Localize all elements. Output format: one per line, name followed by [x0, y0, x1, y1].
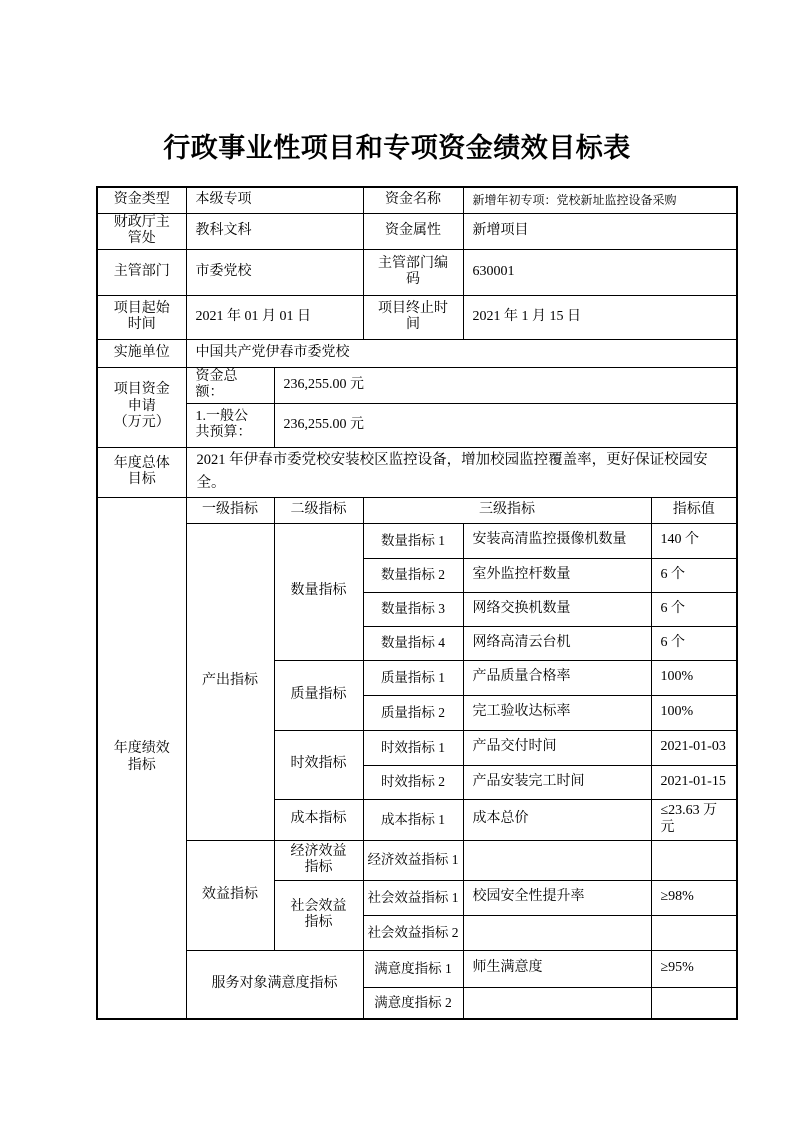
indicator-value-cell: 6 个 [651, 626, 737, 660]
indicator-code-cell: 质量指标 1 [363, 660, 463, 695]
dept-code-label: 主管部门编码 [363, 249, 463, 295]
indicator-code-cell: 成本指标 1 [363, 799, 463, 840]
level2-header: 二级指标 [274, 497, 363, 523]
indicator-value-cell [651, 987, 737, 1019]
indicator-desc-cell: 师生满意度 [463, 950, 651, 987]
indicator-desc-cell: 网络交换机数量 [463, 592, 651, 626]
indicator-header-row: 年度绩效指标 一级指标 二级指标 三级指标 指标值 [97, 497, 737, 523]
level1-benefit-cell: 效益指标 [186, 840, 274, 950]
start-date-value: 2021 年 01 月 01 日 [186, 295, 363, 339]
level1-header: 一级指标 [186, 497, 274, 523]
table-row: 项目起始时间 2021 年 01 月 01 日 项目终止时间 2021 年 1 … [97, 295, 737, 339]
indicator-value-cell: 2021-01-03 [651, 730, 737, 765]
level3-header: 三级指标 [363, 497, 651, 523]
table-row: 资金类型 本级专项 资金名称 新增年初专项：党校新址监控设备采购 [97, 187, 737, 213]
indicator-value-cell: 100% [651, 660, 737, 695]
indicator-code-cell: 时效指标 1 [363, 730, 463, 765]
finance-dept-label: 财政厅主管处 [97, 213, 186, 249]
indicator-value-cell: 100% [651, 695, 737, 730]
table-row: 实施单位 中国共产党伊春市委党校 [97, 339, 737, 367]
indicator-value-header: 指标值 [651, 497, 737, 523]
performance-section-label: 年度绩效指标 [97, 497, 186, 1019]
funding-budget-value: 236,255.00 元 [274, 403, 737, 447]
performance-target-table: 资金类型 本级专项 资金名称 新增年初专项：党校新址监控设备采购 财政厅主管处 … [96, 186, 738, 1020]
fund-attribute-value: 新增项目 [463, 213, 737, 249]
indicator-code-cell: 社会效益指标 1 [363, 880, 463, 915]
indicator-row: 产出指标 数量指标 数量指标 1 安装高清监控摄像机数量 140 个 [97, 523, 737, 558]
indicator-desc-cell: 产品交付时间 [463, 730, 651, 765]
table-row: 1.一般公 共预算： 236,255.00 元 [97, 403, 737, 447]
indicator-desc-cell: 校园安全性提升率 [463, 880, 651, 915]
end-date-value: 2021 年 1 月 15 日 [463, 295, 737, 339]
indicator-desc-cell: 室外监控杆数量 [463, 558, 651, 592]
indicator-value-cell: ≤23.63 万元 [651, 799, 737, 840]
level2-cost-cell: 成本指标 [274, 799, 363, 840]
level1-satisfaction-cell: 服务对象满意度指标 [186, 950, 363, 1019]
table-row: 项目资金申请 （万元） 资金总额： 236,255.00 元 [97, 367, 737, 403]
indicator-desc-cell [463, 987, 651, 1019]
funding-request-label: 项目资金申请 （万元） [97, 367, 186, 447]
indicator-code-cell: 质量指标 2 [363, 695, 463, 730]
indicator-value-cell [651, 915, 737, 950]
dept-code-value: 630001 [463, 249, 737, 295]
indicator-code-cell: 社会效益指标 2 [363, 915, 463, 950]
indicator-value-cell: ≥98% [651, 880, 737, 915]
indicator-row: 效益指标 经济效益指标 经济效益指标 1 [97, 840, 737, 880]
level1-output-cell: 产出指标 [186, 523, 274, 840]
indicator-code-cell: 时效指标 2 [363, 765, 463, 799]
indicator-code-cell: 数量指标 2 [363, 558, 463, 592]
annual-goal-label: 年度总体目标 [97, 447, 186, 497]
fund-type-label: 资金类型 [97, 187, 186, 213]
indicator-value-cell: 6 个 [651, 592, 737, 626]
fund-name-value: 新增年初专项：党校新址监控设备采购 [463, 187, 737, 213]
indicator-row: 服务对象满意度指标 满意度指标 1 师生满意度 ≥95% [97, 950, 737, 987]
supervising-dept-label: 主管部门 [97, 249, 186, 295]
indicator-code-cell: 数量指标 3 [363, 592, 463, 626]
indicator-code-cell: 满意度指标 1 [363, 950, 463, 987]
level2-quality-cell: 质量指标 [274, 660, 363, 730]
table-row: 主管部门 市委党校 主管部门编码 630001 [97, 249, 737, 295]
indicator-code-cell: 经济效益指标 1 [363, 840, 463, 880]
indicator-code-cell: 数量指标 1 [363, 523, 463, 558]
table-row: 年度总体目标 2021 年伊春市委党校安装校区监控设备，增加校园监控覆盖率，更好… [97, 447, 737, 497]
indicator-value-cell: 140 个 [651, 523, 737, 558]
fund-attribute-label: 资金属性 [363, 213, 463, 249]
end-date-label: 项目终止时间 [363, 295, 463, 339]
fund-type-value: 本级专项 [186, 187, 363, 213]
indicator-value-cell: 6 个 [651, 558, 737, 592]
indicator-desc-cell: 完工验收达标率 [463, 695, 651, 730]
finance-dept-value: 教科文科 [186, 213, 363, 249]
document-title: 行政事业性项目和专项资金绩效目标表 [77, 126, 717, 165]
indicator-code-cell: 满意度指标 2 [363, 987, 463, 1019]
level2-economic-cell: 经济效益指标 [274, 840, 363, 880]
start-date-label: 项目起始时间 [97, 295, 186, 339]
indicator-value-cell [651, 840, 737, 880]
indicator-value-cell: ≥95% [651, 950, 737, 987]
supervising-dept-value: 市委党校 [186, 249, 363, 295]
funding-total-value: 236,255.00 元 [274, 367, 737, 403]
indicator-desc-cell: 成本总价 [463, 799, 651, 840]
indicator-desc-cell: 产品安装完工时间 [463, 765, 651, 799]
implementing-unit-label: 实施单位 [97, 339, 186, 367]
indicator-desc-cell: 网络高清云台机 [463, 626, 651, 660]
indicator-desc-cell [463, 840, 651, 880]
document-page: 行政事业性项目和专项资金绩效目标表 资金类型 本级专项 资金名称 新增年初专项：… [0, 0, 793, 1122]
indicator-desc-cell [463, 915, 651, 950]
fund-name-label: 资金名称 [363, 187, 463, 213]
funding-total-label: 资金总额： [186, 367, 274, 403]
indicator-desc-cell: 安装高清监控摄像机数量 [463, 523, 651, 558]
funding-budget-label: 1.一般公 共预算： [186, 403, 274, 447]
level2-quantity-cell: 数量指标 [274, 523, 363, 660]
table-row: 财政厅主管处 教科文科 资金属性 新增项目 [97, 213, 737, 249]
indicator-desc-cell: 产品质量合格率 [463, 660, 651, 695]
annual-goal-value: 2021 年伊春市委党校安装校区监控设备，增加校园监控覆盖率，更好保证校园安全。 [186, 447, 737, 497]
indicator-code-cell: 数量指标 4 [363, 626, 463, 660]
implementing-unit-value: 中国共产党伊春市委党校 [186, 339, 737, 367]
level2-social-cell: 社会效益指标 [274, 880, 363, 950]
level2-timeliness-cell: 时效指标 [274, 730, 363, 799]
indicator-value-cell: 2021-01-15 [651, 765, 737, 799]
